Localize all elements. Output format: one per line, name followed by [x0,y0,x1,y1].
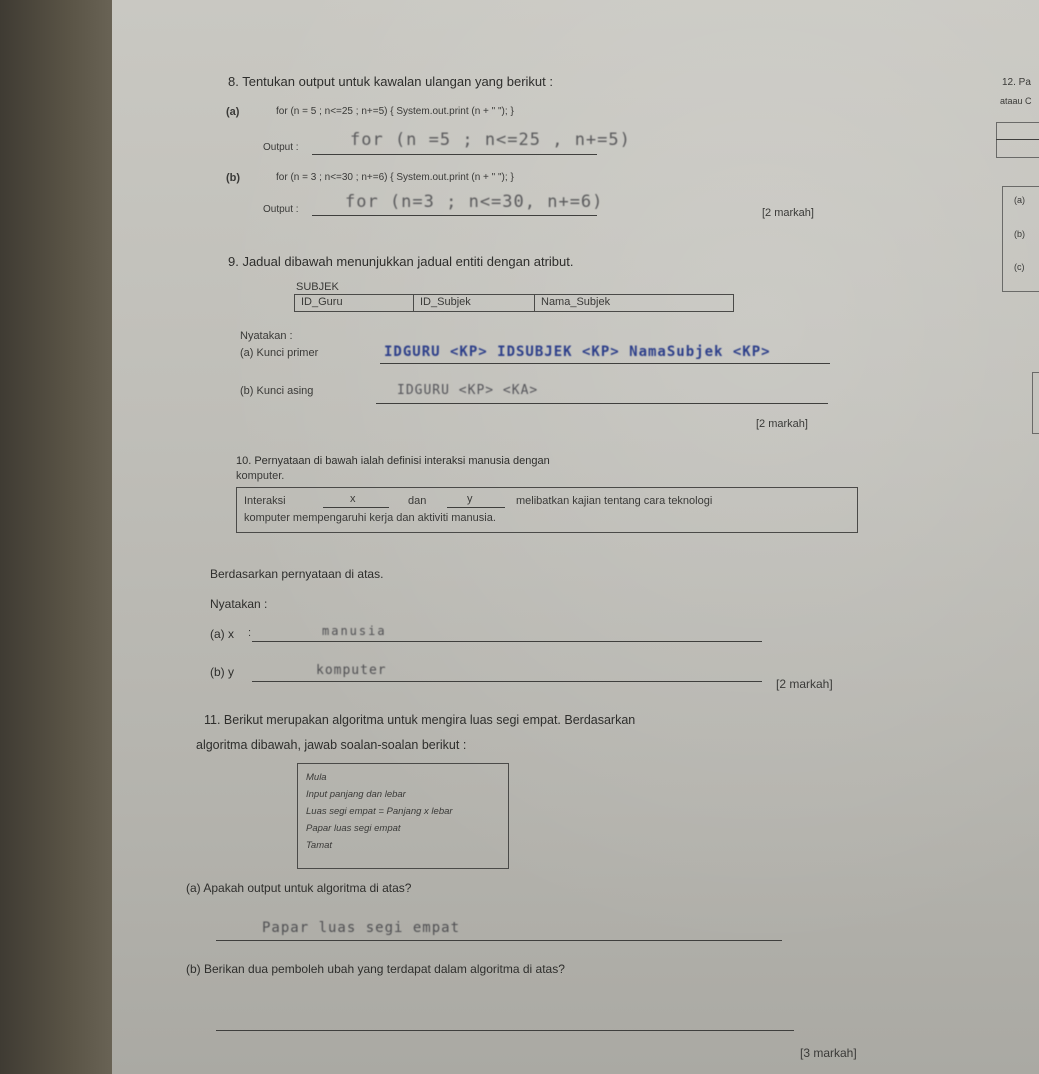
q12-title-fragment: 12. Pa [1002,77,1031,88]
side-row: (c) [1014,262,1025,272]
q8b-code: for (n = 3 ; n<=30 ; n+=6) { System.out.… [276,172,514,183]
q9a-label: (a) Kunci primer [240,347,318,359]
algorithm-step: Papar luas segi empat [306,823,401,834]
algorithm-step: Input panjang dan lebar [306,789,406,800]
side-row: (a) [1014,195,1025,205]
q10-marks: [2 markah] [776,677,833,691]
worksheet-page [112,0,1039,1074]
q8a-output-label: Output : [263,142,299,153]
attribute-cell: Nama_Subjek [534,294,734,312]
q12-subtitle-fragment: ataau C [1000,96,1032,106]
q9b-answer[interactable]: IDGURU <KP> <KA> [397,383,538,398]
q11-title-line1: 11. Berikut merupakan algoritma untuk me… [204,713,635,727]
q8a-code: for (n = 5 ; n<=25 ; n+=5) { System.out.… [276,106,514,117]
q11-title-line2: algoritma dibawah, jawab soalan-soalan b… [196,738,466,752]
side-table [996,122,1039,158]
q8a-label: (a) [226,106,239,118]
q11-marks: [3 markah] [800,1046,857,1060]
q10-prompt: Nyatakan : [210,597,267,611]
q8a-answer-line [312,154,597,155]
q8-marks: [2 markah] [762,207,814,219]
blank-y-line [447,507,505,508]
q11b-answer-line [216,1030,794,1031]
q8b-answer-line [312,215,597,216]
q9b-label: (b) Kunci asing [240,385,313,397]
q11a-answer[interactable]: Papar luas segi empat [262,920,460,936]
q8-title: 8. Tentukan output untuk kawalan ulangan… [228,74,553,89]
side-table-divider [996,139,1039,140]
blank-y: y [467,493,473,505]
side-box-fragment [1032,372,1039,434]
algorithm-step: Tamat [306,840,332,851]
definition-box [236,487,858,533]
blank-x-line [323,507,389,508]
q10a-label: (a) x [210,627,234,641]
blank-x: x [350,493,356,505]
attribute-cell: ID_Subjek [413,294,535,312]
q9-prompt: Nyatakan : [240,330,293,342]
q10-title-line2: komputer. [236,470,284,482]
q8b-answer[interactable]: for (n=3 ; n<=30, n+=6) [345,192,603,212]
q10a-answer-line [252,641,762,642]
q8b-label: (b) [226,172,240,184]
attribute-cell: ID_Guru [294,294,414,312]
q10a-separator: : [248,627,251,639]
side-row: (b) [1014,229,1025,239]
q9a-answer[interactable]: IDGURU <KP> IDSUBJEK <KP> NamaSubjek <KP… [384,344,771,360]
q10b-answer[interactable]: komputer [316,663,387,678]
definition-text-2: dan [408,495,426,507]
q8b-output-label: Output : [263,204,299,215]
q10a-answer[interactable]: manusia [322,624,387,638]
q10-title-line1: 10. Pernyataan di bawah ialah definisi i… [236,455,550,467]
q10b-label: (b) y [210,665,234,679]
q10b-answer-line [252,681,762,682]
q11a-answer-line [216,940,782,941]
definition-text-1: Interaksi [244,495,286,507]
q10-intro: Berdasarkan pernyataan di atas. [210,567,383,581]
q9-marks: [2 markah] [756,418,808,430]
entity-name: SUBJEK [296,281,339,293]
definition-text-3: melibatkan kajian tentang cara teknologi [516,495,712,507]
algorithm-step: Mula [306,772,327,783]
q11a-question: (a) Apakah output untuk algoritma di ata… [186,881,411,895]
definition-text-4: komputer mempengaruhi kerja dan aktiviti… [244,512,496,524]
q9-title: 9. Jadual dibawah menunjukkan jadual ent… [228,254,573,269]
q11b-question: (b) Berikan dua pemboleh ubah yang terda… [186,962,565,976]
background-shadow [0,0,115,1074]
q9b-answer-line [376,403,828,404]
algorithm-step: Luas segi empat = Panjang x lebar [306,806,453,817]
q9a-answer-line [380,363,830,364]
q8a-answer[interactable]: for (n =5 ; n<=25 , n+=5) [350,130,631,150]
